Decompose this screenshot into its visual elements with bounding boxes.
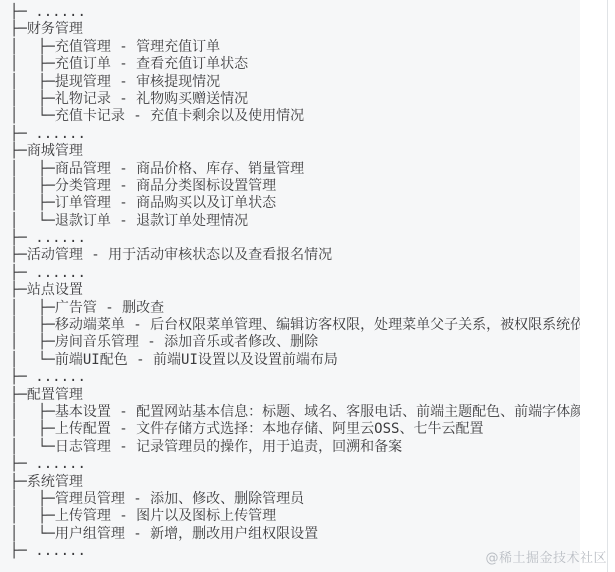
separator-dash: - — [125, 317, 150, 333]
separator-dash: - — [111, 421, 136, 437]
tree-section-line: ├─商城管理 — [10, 143, 580, 160]
separator-dash: - — [111, 161, 136, 177]
tree-item-line: │├─上传管理 - 图片以及图标上传管理 — [10, 508, 580, 525]
tree-item-label: 提现管理 — [55, 74, 111, 90]
branch-glyph: ├─ — [10, 4, 35, 20]
tree-line-ellipsis: ├─ ...... — [10, 230, 580, 247]
tree-line-ellipsis: ├─ ...... — [10, 4, 580, 21]
tree-section-line: ├─配置管理 — [10, 387, 580, 404]
tree-section-line: ├─站点设置 — [10, 282, 580, 299]
tree-item-line: │├─提现管理 - 审核提现情况 — [10, 74, 580, 91]
tree-item-line: │├─移动端菜单 - 后台权限菜单管理、编辑访客权限，处理菜单父子关系，被权限系… — [10, 317, 580, 334]
branch-glyph: └─ — [38, 526, 55, 542]
branch-glyph: ├─ — [10, 21, 27, 37]
tree-section-label: 活动管理 — [27, 247, 83, 263]
branch-glyph: ├─ — [38, 56, 55, 72]
branch-glyph: └─ — [38, 439, 55, 455]
branch-glyph: ├─ — [38, 317, 55, 333]
tree-section-label: 配置管理 — [27, 387, 83, 403]
separator-dash: - — [111, 213, 136, 229]
vertical-glyph: │ — [10, 404, 38, 421]
branch-glyph: ├─ — [10, 230, 35, 246]
branch-glyph: ├─ — [10, 456, 35, 472]
branch-glyph: ├─ — [38, 421, 55, 437]
branch-glyph: ├─ — [38, 91, 55, 107]
branch-glyph: ├─ — [38, 74, 55, 90]
tree-item-label: 订单管理 — [55, 195, 111, 211]
juejin-watermark: @稀土掘金技术社区 — [485, 547, 607, 566]
tree-item-label: 充值卡记录 — [55, 108, 125, 124]
tree-item-line: │├─礼物记录 - 礼物购买赠送情况 — [10, 91, 580, 108]
tree-item-line: │├─订单管理 - 商品购买以及订单状态 — [10, 195, 580, 212]
branch-glyph: ├─ — [38, 39, 55, 55]
tree-section-desc: 用于活动审核状态以及查看报名情况 — [108, 247, 332, 263]
tree-item-desc: 商品价格、库存、销量管理 — [136, 161, 304, 177]
tree-item-line: │├─广告管 - 删改查 — [10, 300, 580, 317]
ellipsis-label: ...... — [35, 4, 86, 20]
tree-item-line: │├─分类管理 - 商品分类图标设置管理 — [10, 178, 580, 195]
tree-item-desc: 添加、修改、删除管理员 — [150, 491, 304, 507]
tree-item-desc: 商品购买以及订单状态 — [136, 195, 276, 211]
tree-item-label: 分类管理 — [55, 178, 111, 194]
tree-item-line: │└─退款订单 - 退款订单处理情况 — [10, 213, 580, 230]
separator-dash: - — [111, 39, 136, 55]
separator-dash: - — [111, 178, 136, 194]
vertical-glyph: │ — [10, 317, 38, 334]
ellipsis-label: ...... — [35, 230, 86, 246]
tree-item-label: 商品管理 — [55, 161, 111, 177]
tree-item-line: │└─用户组管理 - 新增，删改用户组权限设置 — [10, 526, 580, 543]
branch-glyph: ├─ — [38, 404, 55, 420]
separator-dash: - — [111, 74, 136, 90]
vertical-glyph: │ — [10, 491, 38, 508]
separator-dash: - — [97, 300, 122, 316]
vertical-glyph: │ — [10, 39, 38, 56]
tree-item-label: 上传配置 — [55, 421, 111, 437]
tree-item-desc: 查看充值订单状态 — [136, 56, 248, 72]
tree-item-label: 管理员管理 — [55, 491, 125, 507]
branch-glyph: └─ — [38, 352, 55, 368]
tree-item-label: 移动端菜单 — [55, 317, 125, 333]
separator-dash: - — [111, 439, 136, 455]
tree-item-desc: 商品分类图标设置管理 — [136, 178, 276, 194]
ellipsis-label: ...... — [35, 456, 86, 472]
vertical-glyph: │ — [10, 108, 38, 125]
tree-section-label: 系统管理 — [27, 474, 83, 490]
tree-item-desc: 退款订单处理情况 — [136, 213, 248, 229]
branch-glyph: ├─ — [10, 143, 27, 159]
vertical-glyph: │ — [10, 178, 38, 195]
separator-dash: - — [111, 404, 136, 420]
branch-glyph: ├─ — [38, 491, 55, 507]
tree-section-line: ├─系统管理 — [10, 474, 580, 491]
tree-item-desc: 新增，删改用户组权限设置 — [150, 526, 318, 542]
vertical-glyph: │ — [10, 213, 38, 230]
branch-glyph: ├─ — [10, 282, 27, 298]
tree-item-desc: 记录管理员的操作，用于追责，回溯和备案 — [136, 439, 402, 455]
tree-item-line: │├─基本设置 - 配置网站基本信息：标题、域名、客服电话、前端主题配色、前端字… — [10, 404, 580, 421]
tree-item-label: 房间音乐管理 — [55, 334, 139, 350]
tree-item-desc: 前端UI设置以及设置前端布局 — [153, 352, 338, 368]
vertical-glyph: │ — [10, 195, 38, 212]
branch-glyph: ├─ — [38, 178, 55, 194]
tree-item-desc: 充值卡剩余以及使用情况 — [150, 108, 304, 124]
tree-item-line: │├─充值订单 - 查看充值订单状态 — [10, 56, 580, 73]
branch-glyph: ├─ — [38, 334, 55, 350]
tree-item-label: 退款订单 — [55, 213, 111, 229]
tree-item-label: 用户组管理 — [55, 526, 125, 542]
separator-dash: - — [83, 247, 108, 263]
branch-glyph: ├─ — [10, 126, 35, 142]
tree-item-desc: 添加音乐或者修改、删除 — [164, 334, 318, 350]
tree-section-line: ├─财务管理 — [10, 21, 580, 38]
tree-item-label: 充值订单 — [55, 56, 111, 72]
tree-item-desc: 礼物购买赠送情况 — [136, 91, 248, 107]
tree-item-desc: 管理充值订单 — [136, 39, 220, 55]
tree-line-ellipsis: ├─ ...... — [10, 126, 580, 143]
vertical-glyph: │ — [10, 352, 38, 369]
tree-item-desc: 后台权限菜单管理、编辑访客权限，处理菜单父子关系，被权限系统依赖（极为重要 — [150, 317, 580, 333]
tree-section-label: 商城管理 — [27, 143, 83, 159]
tree-section-line: ├─活动管理 - 用于活动审核状态以及查看报名情况 — [10, 247, 580, 264]
vertical-glyph: │ — [10, 508, 38, 525]
tree-item-desc: 文件存储方式选择：本地存储、阿里云OSS、七牛云配置 — [136, 421, 483, 437]
tree-item-line: │├─管理员管理 - 添加、修改、删除管理员 — [10, 491, 580, 508]
vertical-glyph: │ — [10, 421, 38, 438]
tree-item-line: │└─日志管理 - 记录管理员的操作，用于追责，回溯和备案 — [10, 439, 580, 456]
vertical-glyph: │ — [10, 334, 38, 351]
branch-glyph: ├─ — [38, 508, 55, 524]
separator-dash: - — [125, 491, 150, 507]
tree-item-label: 上传管理 — [55, 508, 111, 524]
vertical-glyph: │ — [10, 439, 38, 456]
tree-line-ellipsis: ├─ ...... — [10, 456, 580, 473]
ellipsis-label: ...... — [35, 265, 86, 281]
branch-glyph: ├─ — [10, 387, 27, 403]
tree-item-line: │└─前端UI配色 - 前端UI设置以及设置前端布局 — [10, 352, 580, 369]
tree-item-label: 前端UI配色 — [55, 352, 128, 368]
branch-glyph: ├─ — [38, 195, 55, 211]
tree-item-line: │└─充值卡记录 - 充值卡剩余以及使用情况 — [10, 108, 580, 125]
ellipsis-label: ...... — [35, 369, 86, 385]
ellipsis-label: ...... — [35, 543, 86, 559]
branch-glyph: ├─ — [10, 369, 35, 385]
tree-line-ellipsis: ├─ ...... — [10, 265, 580, 282]
tree-line-ellipsis: ├─ ...... — [10, 369, 580, 386]
menu-tree: ├─ ......├─财务管理│├─充值管理 - 管理充值订单│├─充值订单 -… — [0, 0, 580, 572]
branch-glyph: ├─ — [10, 474, 27, 490]
separator-dash: - — [139, 334, 164, 350]
tree-item-label: 广告管 — [55, 300, 97, 316]
tree-item-line: │├─上传配置 - 文件存储方式选择：本地存储、阿里云OSS、七牛云配置 — [10, 421, 580, 438]
ellipsis-label: ...... — [35, 126, 86, 142]
vertical-glyph: │ — [10, 161, 38, 178]
branch-glyph: ├─ — [10, 543, 35, 559]
vertical-glyph: │ — [10, 300, 38, 317]
separator-dash: - — [111, 91, 136, 107]
right-border-line — [607, 0, 608, 572]
tree-item-line: │├─商品管理 - 商品价格、库存、销量管理 — [10, 161, 580, 178]
separator-dash: - — [128, 352, 153, 368]
separator-dash: - — [111, 56, 136, 72]
branch-glyph: └─ — [38, 108, 55, 124]
vertical-glyph: │ — [10, 91, 38, 108]
vertical-glyph: │ — [10, 74, 38, 91]
branch-glyph: ├─ — [38, 300, 55, 316]
tree-item-label: 礼物记录 — [55, 91, 111, 107]
branch-glyph: ├─ — [10, 247, 27, 263]
branch-glyph: ├─ — [38, 161, 55, 177]
tree-item-desc: 删改查 — [122, 300, 164, 316]
document-page: ├─ ......├─财务管理│├─充值管理 - 管理充值订单│├─充值订单 -… — [0, 0, 615, 572]
tree-item-line: │├─房间音乐管理 - 添加音乐或者修改、删除 — [10, 334, 580, 351]
tree-item-desc: 图片以及图标上传管理 — [136, 508, 276, 524]
separator-dash: - — [125, 526, 150, 542]
tree-item-desc: 配置网站基本信息：标题、域名、客服电话、前端主题配色、前端字体颜色等前端基础 — [136, 404, 580, 420]
separator-dash: - — [111, 508, 136, 524]
branch-glyph: └─ — [38, 213, 55, 229]
tree-section-label: 站点设置 — [27, 282, 83, 298]
branch-glyph: ├─ — [10, 265, 35, 281]
tree-item-label: 基本设置 — [55, 404, 111, 420]
tree-item-line: │├─充值管理 - 管理充值订单 — [10, 39, 580, 56]
separator-dash: - — [111, 195, 136, 211]
tree-item-desc: 审核提现情况 — [136, 74, 220, 90]
tree-item-label: 充值管理 — [55, 39, 111, 55]
tree-section-label: 财务管理 — [27, 21, 83, 37]
separator-dash: - — [125, 108, 150, 124]
tree-item-label: 日志管理 — [55, 439, 111, 455]
vertical-glyph: │ — [10, 56, 38, 73]
vertical-glyph: │ — [10, 526, 38, 543]
